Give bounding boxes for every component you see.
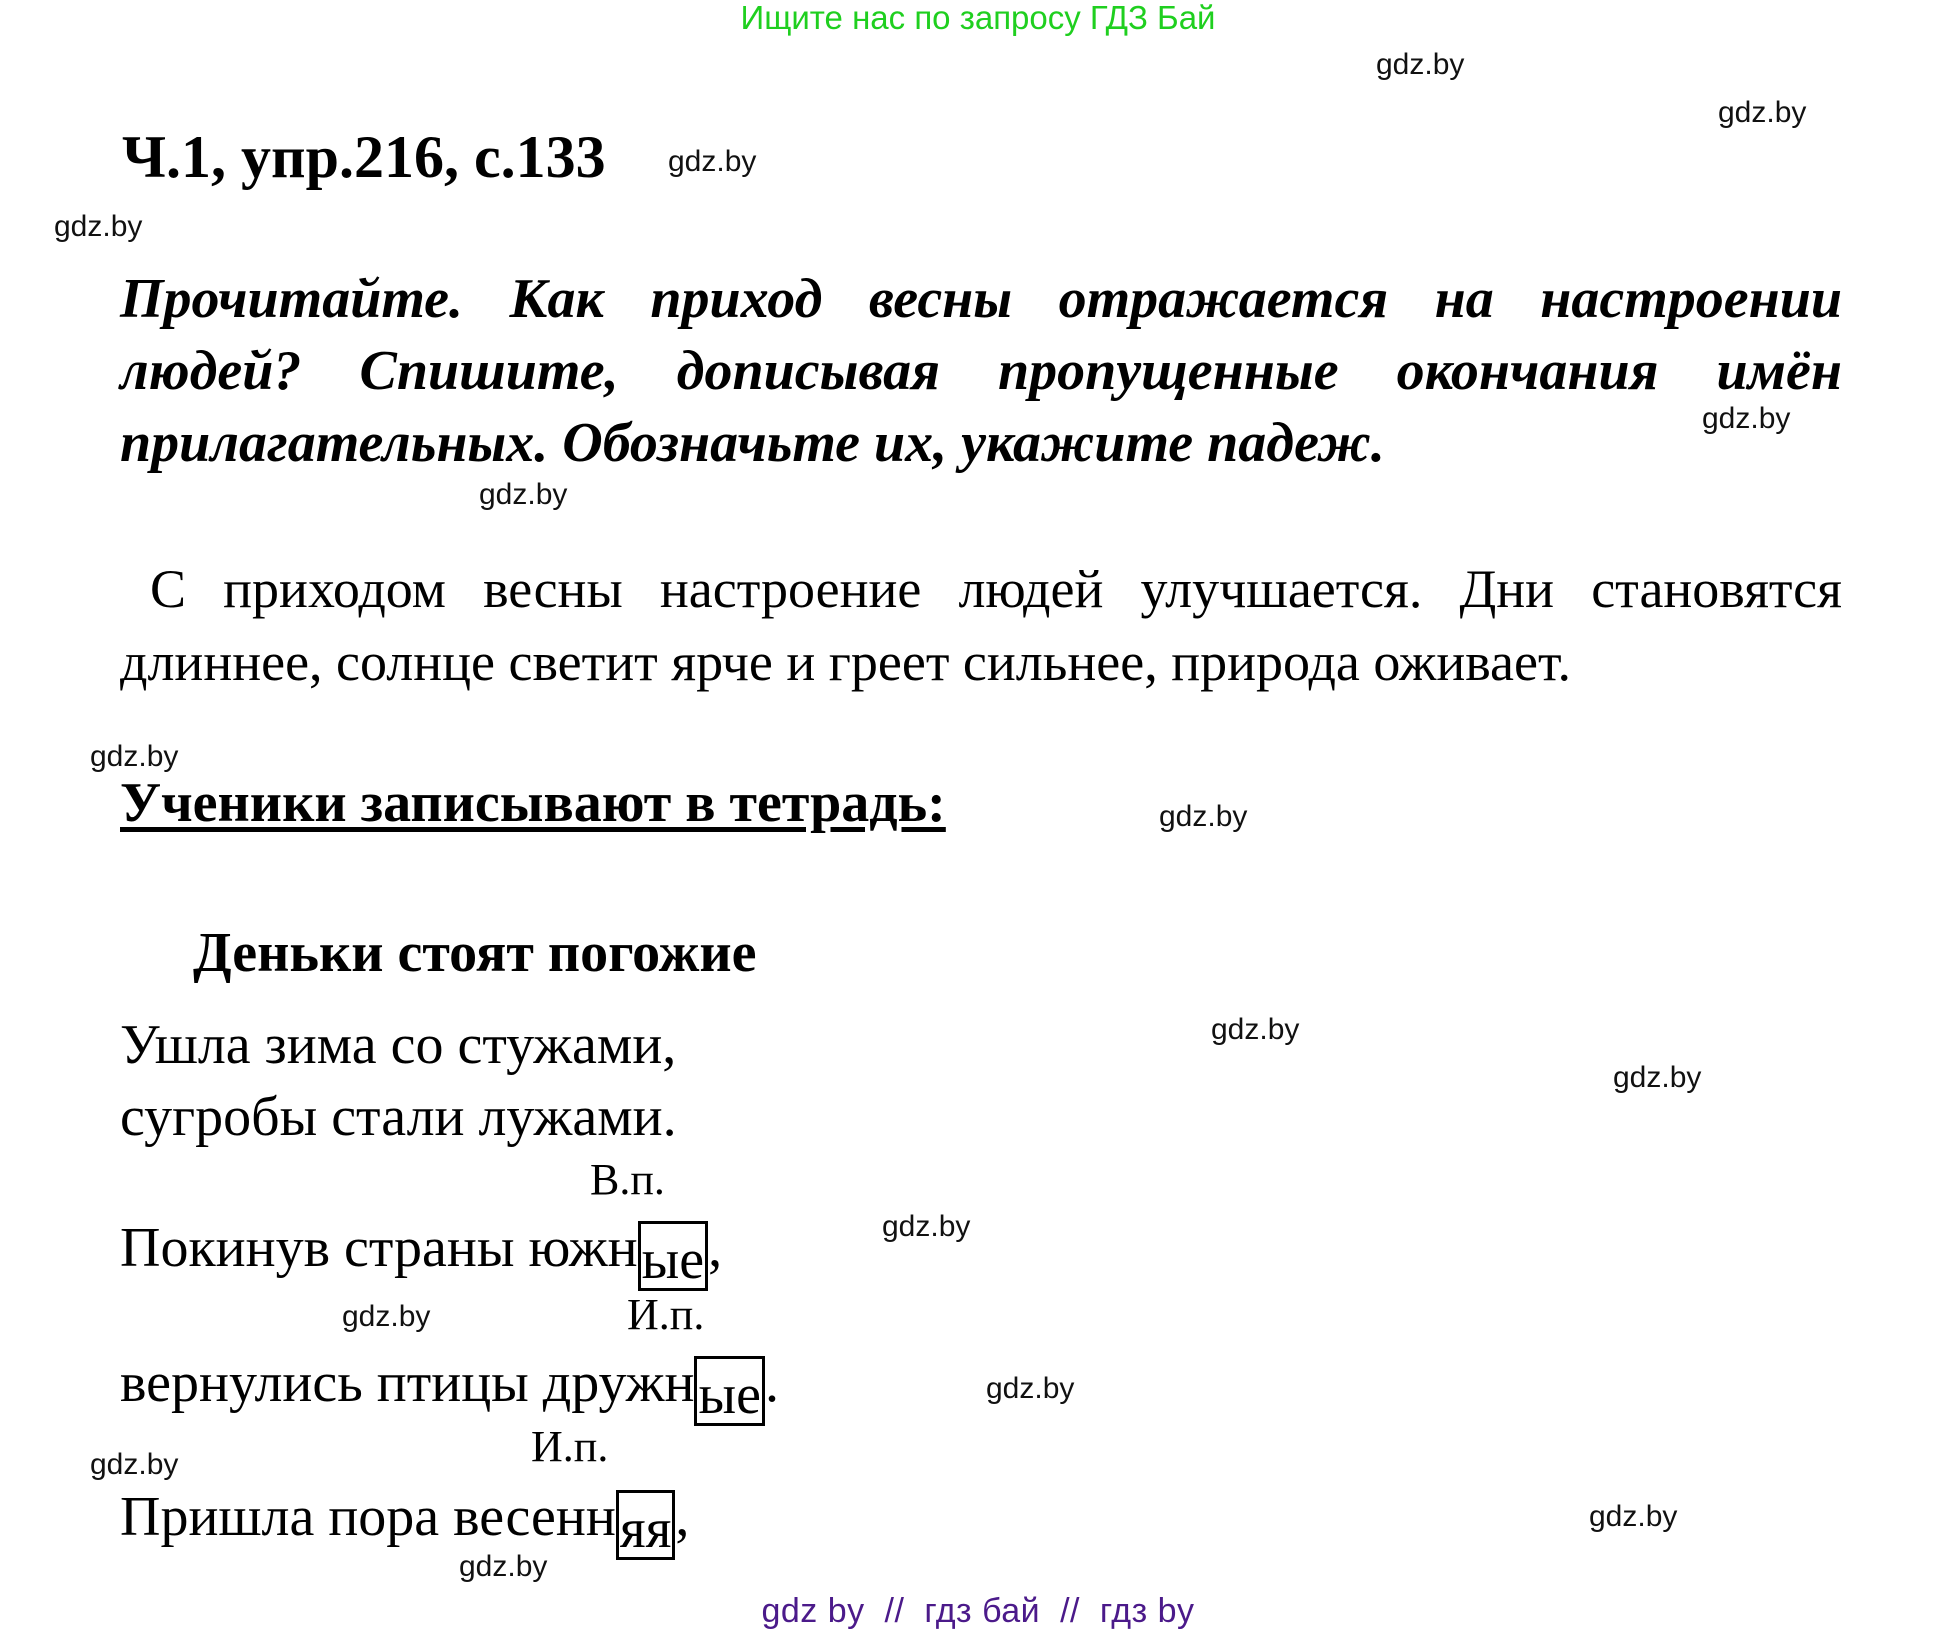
watermark: gdz.by — [1718, 96, 1806, 130]
footer-links[interactable]: gdz by // гдз бай // гдз by — [0, 1592, 1956, 1630]
instruction-line: прилагательных. Обозначьте их, укажите п… — [120, 410, 1842, 476]
case-label: И.п. — [531, 1422, 608, 1472]
punctuation: . — [765, 1352, 779, 1414]
watermark: gdz.by — [882, 1210, 970, 1244]
punctuation: , — [675, 1486, 689, 1548]
word-stem: Пришла пора весенн — [120, 1486, 616, 1548]
watermark: gdz.by — [342, 1300, 430, 1334]
watermark: gdz.by — [1613, 1061, 1701, 1095]
notebook-heading: Ученики записывают в тетрадь: — [120, 770, 946, 836]
poem-line: Пришла пора весенняя, — [120, 1484, 689, 1560]
exercise-title: Ч.1, упр.216, с.133 — [122, 122, 606, 192]
case-label: И.п. — [627, 1290, 704, 1340]
passage-line: С приходом весны настроение людей улучша… — [120, 557, 1842, 621]
poem-line: вернулись птицы дружные. — [120, 1350, 779, 1426]
instruction-line: людей? Спишите, дописывая пропущенные ок… — [120, 338, 1842, 404]
watermark: gdz.by — [668, 145, 756, 179]
poem-line: Ушла зима со стужами, — [120, 1012, 676, 1078]
watermark: gdz.by — [1589, 1500, 1677, 1534]
watermark: gdz.by — [1376, 48, 1464, 82]
passage-line: длиннее, солнце светит ярче и греет силь… — [120, 630, 1842, 694]
search-banner[interactable]: Ищите нас по запросу ГДЗ Бай — [0, 0, 1956, 36]
watermark: gdz.by — [90, 740, 178, 774]
poem-line: Покинув страны южные, — [120, 1215, 722, 1291]
watermark: gdz.by — [90, 1448, 178, 1482]
punctuation: , — [708, 1217, 722, 1279]
ending-box: ые — [638, 1221, 708, 1291]
poem-line: сугробы стали лужами. — [120, 1084, 677, 1150]
word-stem: вернулись птицы дружн — [120, 1352, 694, 1414]
watermark: gdz.by — [1159, 800, 1247, 834]
ending-box: ые — [694, 1356, 764, 1426]
watermark: gdz.by — [986, 1372, 1074, 1406]
watermark: gdz.by — [479, 478, 567, 512]
watermark: gdz.by — [1211, 1013, 1299, 1047]
instruction-line: Прочитайте. Как приход весны отражается … — [120, 266, 1842, 332]
word-stem: Покинув страны южн — [120, 1217, 638, 1279]
watermark: gdz.by — [54, 210, 142, 244]
case-label: В.п. — [590, 1155, 665, 1205]
poem-title: Деньки стоят погожие — [193, 920, 756, 986]
ending-box: яя — [616, 1490, 676, 1560]
